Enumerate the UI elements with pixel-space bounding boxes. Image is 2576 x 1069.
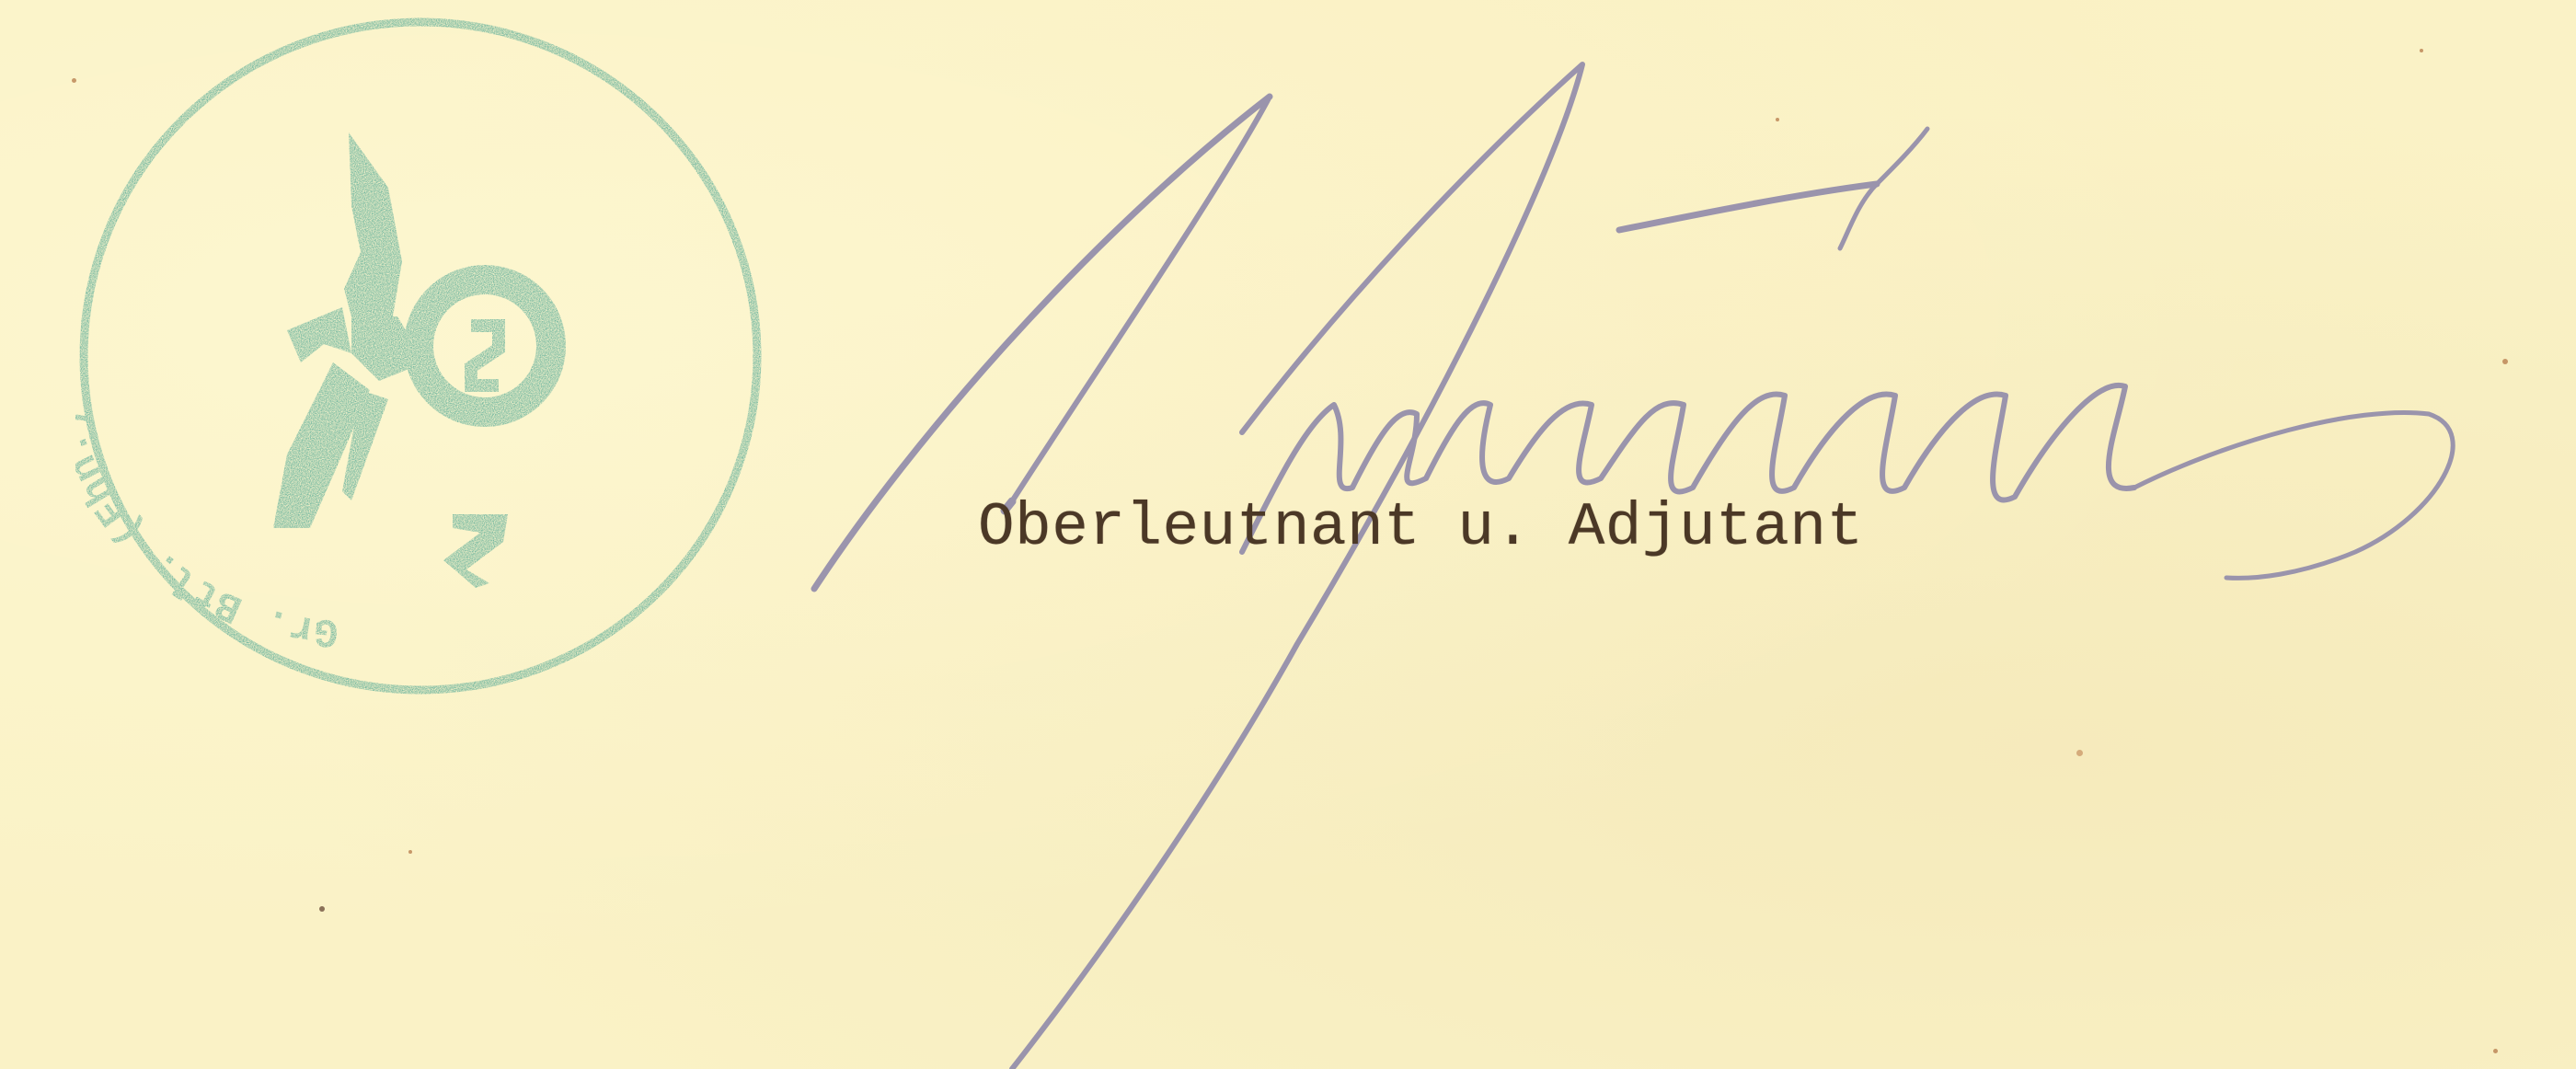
- paper-speck: [2076, 750, 2083, 756]
- typed-signature-title: Oberleutnant u. Adjutant: [978, 498, 1864, 558]
- paper-speck: [408, 850, 412, 854]
- paper-speck: [2493, 1049, 2498, 1053]
- paper-speck: [2420, 49, 2423, 52]
- official-stamp: Gr. Btl. (Fhn.) 558: [75, 13, 765, 699]
- paper-speck: [2502, 359, 2508, 364]
- paper-speck: [1776, 118, 1779, 121]
- eagle-emblem-icon: [273, 132, 551, 588]
- paper-speck: [319, 906, 325, 912]
